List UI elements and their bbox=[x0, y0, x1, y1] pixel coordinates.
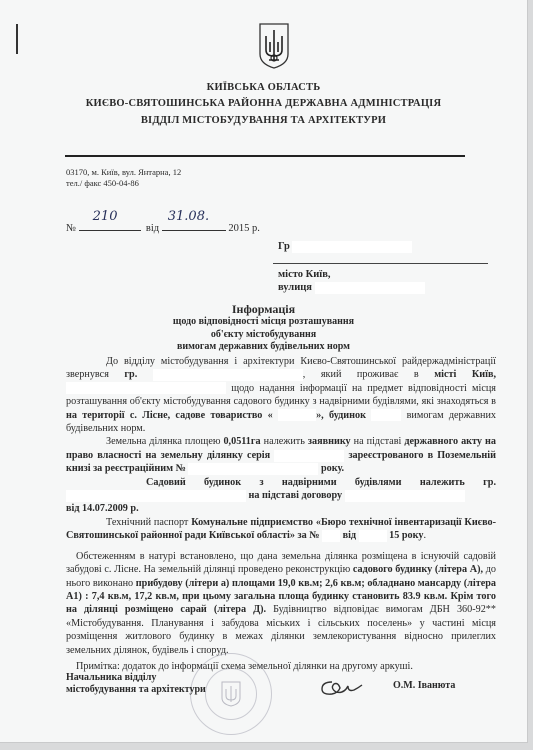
position-line2: містобудування та архітектури bbox=[66, 684, 206, 696]
redacted-house bbox=[371, 409, 401, 421]
text: . bbox=[423, 530, 426, 541]
header-divider bbox=[65, 155, 465, 157]
paragraph-land: Земельна ділянка площею 0,0511га належит… bbox=[66, 435, 496, 475]
text-bold: року. bbox=[321, 463, 344, 474]
text-bold: гр. bbox=[124, 369, 137, 380]
text: , який проживає в bbox=[303, 369, 434, 380]
redacted-passport-no bbox=[322, 530, 340, 542]
handwritten-number: 210 bbox=[93, 209, 118, 224]
redacted-passport-date bbox=[359, 530, 387, 542]
text-bold: Садовий будинок з надвірними будівлями н… bbox=[146, 477, 496, 488]
text-bold: на підставі договору bbox=[249, 490, 343, 501]
title-sub3: вимогам державних будівельних норм bbox=[0, 341, 527, 354]
document-body: До відділу містобудування і архітектури … bbox=[66, 355, 496, 673]
title-sub1: щодо відповідності місця розташування bbox=[0, 316, 527, 329]
position-line1: Начальника відділу bbox=[66, 672, 206, 684]
margin-mark bbox=[16, 24, 18, 54]
text-bold: 0,0511га bbox=[223, 436, 260, 447]
text-bold: на території с. Лісне, садове товариство… bbox=[66, 410, 273, 421]
redacted-residence bbox=[66, 382, 226, 394]
number-field: 210 bbox=[79, 218, 141, 231]
redacted-street bbox=[315, 282, 425, 294]
addressee-underline bbox=[273, 263, 488, 264]
text-bold: від bbox=[343, 530, 357, 541]
header-oblast: КИЇВСЬКА ОБЛАСТЬ bbox=[0, 82, 527, 93]
handwritten-signature-icon bbox=[318, 676, 364, 698]
text-bold: заявнику bbox=[308, 436, 351, 447]
title-main: Інформація bbox=[0, 302, 527, 316]
address-phone: тел./ факс 450-04-86 bbox=[66, 178, 181, 189]
text-bold: », будинок bbox=[316, 410, 366, 421]
date-label: від bbox=[146, 223, 159, 234]
sender-address: 03170, м. Київ, вул. Янтарна, 12 тел./ ф… bbox=[66, 167, 181, 189]
redacted-name bbox=[292, 241, 412, 253]
addressee-street-label: вулиця bbox=[278, 282, 312, 293]
date-field: 31.08. bbox=[162, 218, 226, 231]
paragraph-tech-passport: Технічний паспорт Комунальне підприємств… bbox=[66, 516, 496, 543]
document-title: Інформація щодо відповідності місця розт… bbox=[0, 302, 527, 354]
handwritten-date: 31.08. bbox=[168, 209, 209, 224]
addressee-block: Гр місто Київ, вулиця bbox=[278, 240, 488, 294]
redacted-registration bbox=[188, 463, 318, 475]
redacted-contract bbox=[345, 490, 465, 502]
text: Земельна ділянка площею bbox=[106, 436, 223, 447]
paragraph-request: До відділу містобудування і архітектури … bbox=[66, 355, 496, 435]
text-bold: місті Київ, bbox=[434, 369, 496, 380]
signatory-position: Начальника відділу містобудування та арх… bbox=[66, 672, 206, 696]
title-sub2: об'єкту містобудування bbox=[0, 329, 527, 342]
addressee-city: місто Київ, bbox=[278, 268, 488, 281]
number-label: № bbox=[66, 223, 76, 234]
redacted-series bbox=[274, 450, 344, 462]
header-department: ВІДДІЛ МІСТОБУДУВАННЯ ТА АРХІТЕКТУРИ bbox=[0, 115, 527, 126]
paragraph-inspection: Обстеженням в натурі встановлено, що дан… bbox=[66, 550, 496, 657]
paragraph-ownership: Садовий будинок з надвірними будівлями н… bbox=[66, 476, 496, 516]
text: на підставі bbox=[351, 436, 405, 447]
trident-coat-of-arms-icon bbox=[258, 22, 290, 70]
reference-line: № 210 від 31.08. 2015 р. bbox=[66, 218, 260, 234]
address-street: 03170, м. Київ, вул. Янтарна, 12 bbox=[66, 167, 181, 178]
header-administration: КИЄВО-СВЯТОШИНСЬКА РАЙОННА ДЕРЖАВНА АДМІ… bbox=[0, 98, 527, 109]
seal-trident-icon bbox=[220, 680, 242, 708]
redacted-owner bbox=[66, 490, 246, 502]
year-text: 2015 р. bbox=[228, 223, 260, 234]
text-bold: 15 року bbox=[389, 530, 423, 541]
text: належить bbox=[261, 436, 308, 447]
redacted-society bbox=[278, 409, 316, 421]
signatory-name: О.М. Іванюта bbox=[393, 680, 455, 691]
text: Технічний паспорт bbox=[106, 517, 191, 528]
redacted-applicant bbox=[153, 369, 303, 381]
spacer bbox=[66, 543, 496, 550]
scanned-document-page: КИЇВСЬКА ОБЛАСТЬ КИЄВО-СВЯТОШИНСЬКА РАЙО… bbox=[0, 0, 528, 743]
text-bold: від 14.07.2009 р. bbox=[66, 503, 139, 514]
text-bold: садового будинку (літера А), bbox=[353, 564, 483, 575]
addressee-name-label: Гр bbox=[278, 241, 290, 252]
